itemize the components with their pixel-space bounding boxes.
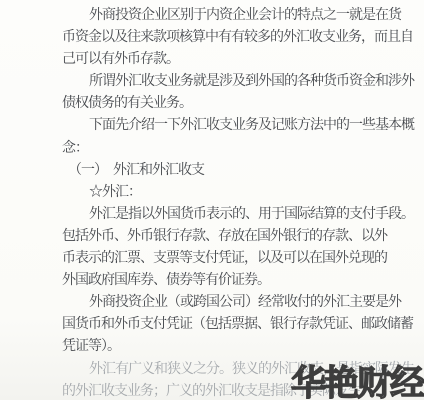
text-line: 下面先介绍一下外汇收支业务及记账方法中的一些基本概 bbox=[62, 115, 418, 137]
text-line: 包括外币、外币银行存款、存放在国外银行的存款、以外 bbox=[62, 226, 418, 248]
subsection-heading: ☆外汇： bbox=[62, 182, 418, 204]
text-line: 外国政府国库券、债券等有价证券。 bbox=[62, 270, 418, 292]
document-text-block: 外商投资企业区别于内资企业会计的特点之一就是在货 币资金以及往来款项核算中有有较… bbox=[62, 5, 418, 400]
text-line: 国货币和外币支付凭证（包括票据、银行存款凭证、邮政储蓄 bbox=[62, 314, 418, 336]
text-line: 外商投资企业区别于内资企业会计的特点之一就是在货 bbox=[62, 5, 418, 27]
text-line: 币资金以及往来款项核算中有有较多的外汇收支业务，而且自 bbox=[62, 27, 418, 49]
text-line: 债权债务的有关业务。 bbox=[62, 93, 418, 115]
watermark: 华艳财经 bbox=[291, 356, 423, 400]
text-line: 币表示的汇票、支票等支付凭证，以及可以在国外兑现的 bbox=[62, 248, 418, 270]
text-line: 念： bbox=[62, 138, 418, 160]
text-line: 己可以有外币存款。 bbox=[62, 49, 418, 71]
text-line: 所谓外汇收支业务就是涉及到外国的各种货币资金和涉外 bbox=[62, 71, 418, 93]
section-heading: （一） 外汇和外汇收支 bbox=[62, 160, 418, 182]
scanned-page: 外商投资企业区别于内资企业会计的特点之一就是在货 币资金以及往来款项核算中有有较… bbox=[0, 0, 424, 400]
text-line: 外汇是指以外国货币表示的、用于国际结算的支付手段。 bbox=[62, 204, 418, 226]
text-line: 外商投资企业（或跨国公司）经常收付的外汇主要是外 bbox=[62, 292, 418, 314]
